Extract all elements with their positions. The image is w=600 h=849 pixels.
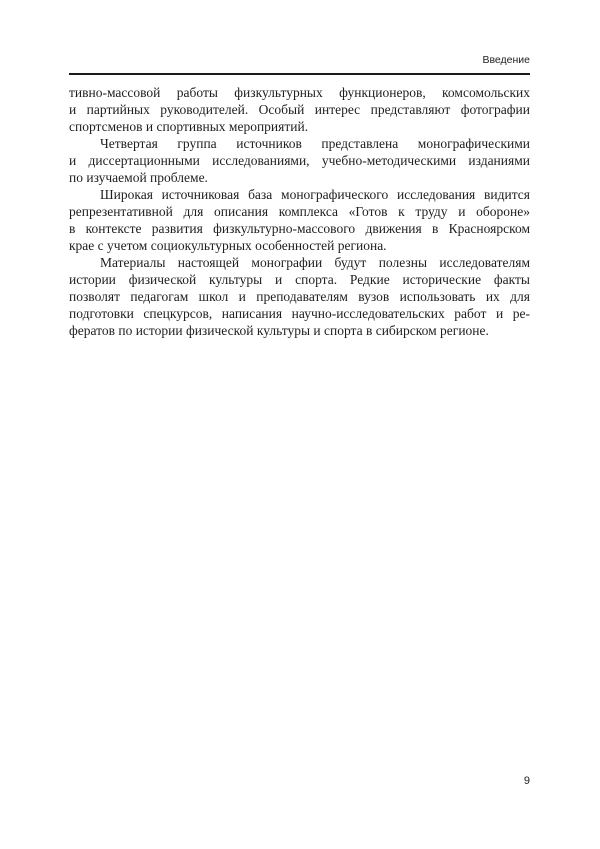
paragraph: Материалы настоящей монографии будут пол… — [69, 254, 530, 339]
book-page: Введение тивно-массовой работы физкульту… — [0, 0, 600, 849]
text-line: в контексте развития физкультурно-массов… — [69, 220, 530, 237]
text-line: репрезентативной для описания комплекса … — [69, 203, 530, 220]
header-rule — [69, 73, 530, 75]
text-line: истории физической культуры и спорта. Ре… — [69, 271, 530, 288]
body-text: тивно-массовой работы физкультурных функ… — [69, 84, 530, 339]
paragraph: Широкая источниковая база монографическо… — [69, 186, 530, 254]
text-line: спортсменов и спортивных мероприятий. — [69, 118, 530, 135]
paragraph: тивно-массовой работы физкультурных функ… — [69, 84, 530, 135]
text-line: и партийных руководителей. Особый интере… — [69, 101, 530, 118]
text-line: позволят педагогам школ и преподавателям… — [69, 288, 530, 305]
text-line: подготовки спецкурсов, написания научно-… — [69, 305, 530, 322]
text-line: по изучаемой проблеме. — [69, 169, 530, 186]
page-number: 9 — [69, 775, 530, 788]
text-line: фератов по истории физической культуры и… — [69, 322, 530, 339]
text-line: крае с учетом социокультурных особенност… — [69, 237, 530, 254]
running-head: Введение — [69, 54, 530, 66]
text-line: Материалы настоящей монографии будут пол… — [69, 254, 530, 271]
text-line: Четвертая группа источников представлена… — [69, 135, 530, 152]
paragraph: Четвертая группа источников представлена… — [69, 135, 530, 186]
text-line: тивно-массовой работы физкультурных функ… — [69, 84, 530, 101]
text-line: и диссертационными исследованиями, учебн… — [69, 152, 530, 169]
text-line: Широкая источниковая база монографическо… — [69, 186, 530, 203]
